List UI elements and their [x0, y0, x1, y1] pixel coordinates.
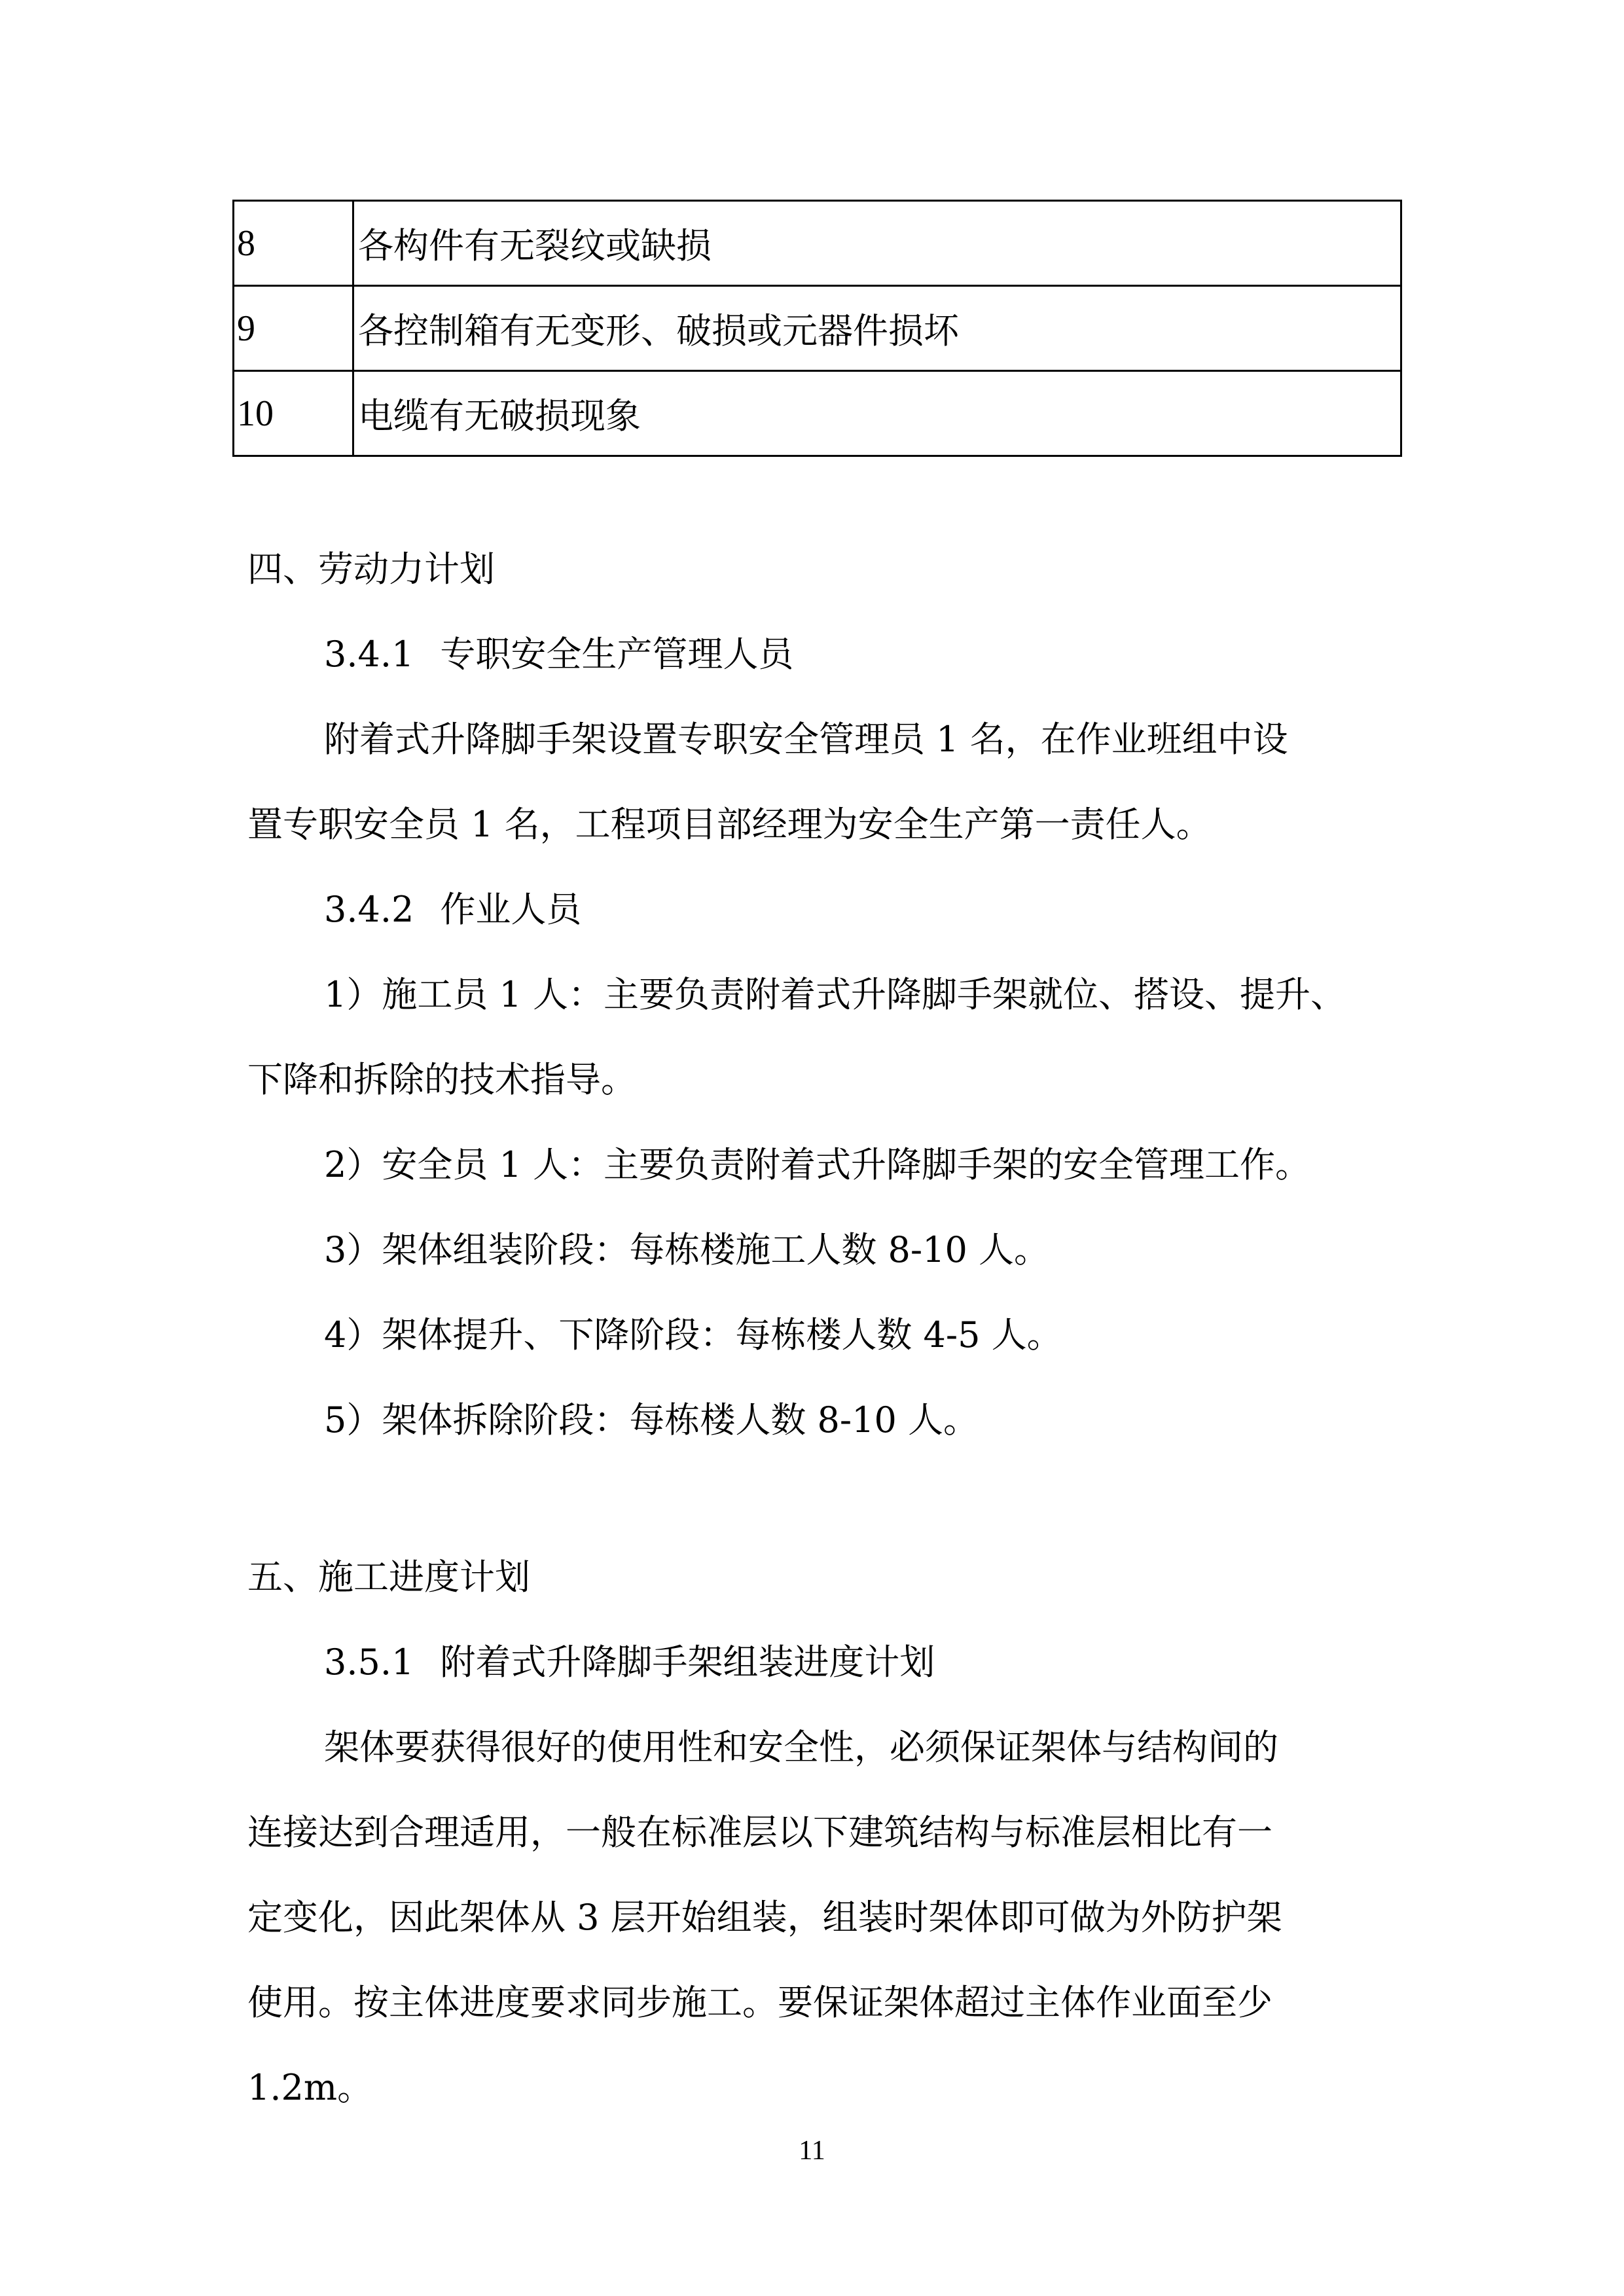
page-number: 11 — [0, 2135, 1624, 2166]
subsection-title: 附着式升降脚手架组装进度计划 — [440, 1641, 935, 1683]
inspection-table: 8 各构件有无裂纹或缺损 9 各控制箱有无变形、破损或元器件损坏 10 电缆有无… — [232, 200, 1402, 457]
paragraph-line: 连接达到合理适用，一般在标准层以下建筑结构与标准层相比有一 — [247, 1813, 1272, 1852]
subsection-number: 3.4.1 — [324, 634, 414, 675]
subsection-heading-assembly-schedule: 3.5.1附着式升降脚手架组装进度计划 — [324, 1643, 935, 1682]
paragraph-line: 架体要获得很好的使用性和安全性，必须保证架体与结构间的 — [324, 1728, 1278, 1767]
list-item: 2）安全员 1 人：主要负责附着式升降脚手架的安全管理工作。 — [324, 1145, 1310, 1185]
list-item: 4）架体提升、下降阶段：每栋楼人数 4-5 人。 — [324, 1316, 1062, 1355]
subsection-heading-workers: 3.4.2作业人员 — [324, 890, 581, 929]
list-item: 1）施工员 1 人：主要负责附着式升降脚手架就位、搭设、提升、 — [324, 975, 1346, 1014]
row-number: 8 — [234, 201, 353, 286]
subsection-number: 3.4.2 — [324, 889, 414, 930]
list-item: 3）架体组装阶段：每栋楼施工人数 8-10 人。 — [324, 1230, 1049, 1270]
section-heading-labor-plan: 四、劳动力计划 — [247, 550, 495, 589]
row-number: 9 — [234, 286, 353, 371]
subsection-title: 专职安全生产管理人员 — [440, 634, 793, 675]
list-item-continuation: 下降和拆除的技术指导。 — [247, 1060, 636, 1100]
row-number: 10 — [234, 371, 353, 456]
table-row: 9 各控制箱有无变形、破损或元器件损坏 — [234, 286, 1401, 371]
row-text: 各构件有无裂纹或缺损 — [353, 201, 1401, 286]
paragraph-line: 附着式升降脚手架设置专职安全管理员 1 名，在作业班组中设 — [324, 720, 1288, 759]
row-text: 各控制箱有无变形、破损或元器件损坏 — [353, 286, 1401, 371]
table-row: 10 电缆有无破损现象 — [234, 371, 1401, 456]
paragraph-line: 定变化，因此架体从 3 层开始组装，组装时架体即可做为外防护架 — [247, 1898, 1282, 1937]
document-page: 8 各构件有无裂纹或缺损 9 各控制箱有无变形、破损或元器件损坏 10 电缆有无… — [0, 0, 1624, 2296]
paragraph-line: 置专职安全员 1 名，工程项目部经理为安全生产第一责任人。 — [247, 805, 1212, 844]
row-text: 电缆有无破损现象 — [353, 371, 1401, 456]
list-item: 5）架体拆除阶段：每栋楼人数 8-10 人。 — [324, 1401, 979, 1440]
subsection-heading-safety-staff: 3.4.1专职安全生产管理人员 — [324, 635, 793, 674]
subsection-number: 3.5.1 — [324, 1641, 414, 1683]
paragraph-line: 使用。按主体进度要求同步施工。要保证架体超过主体作业面至少 — [247, 1983, 1272, 2022]
table-row: 8 各构件有无裂纹或缺损 — [234, 201, 1401, 286]
section-heading-schedule: 五、施工进度计划 — [247, 1558, 530, 1597]
paragraph-line: 1.2m。 — [247, 2068, 372, 2108]
subsection-title: 作业人员 — [440, 889, 581, 930]
